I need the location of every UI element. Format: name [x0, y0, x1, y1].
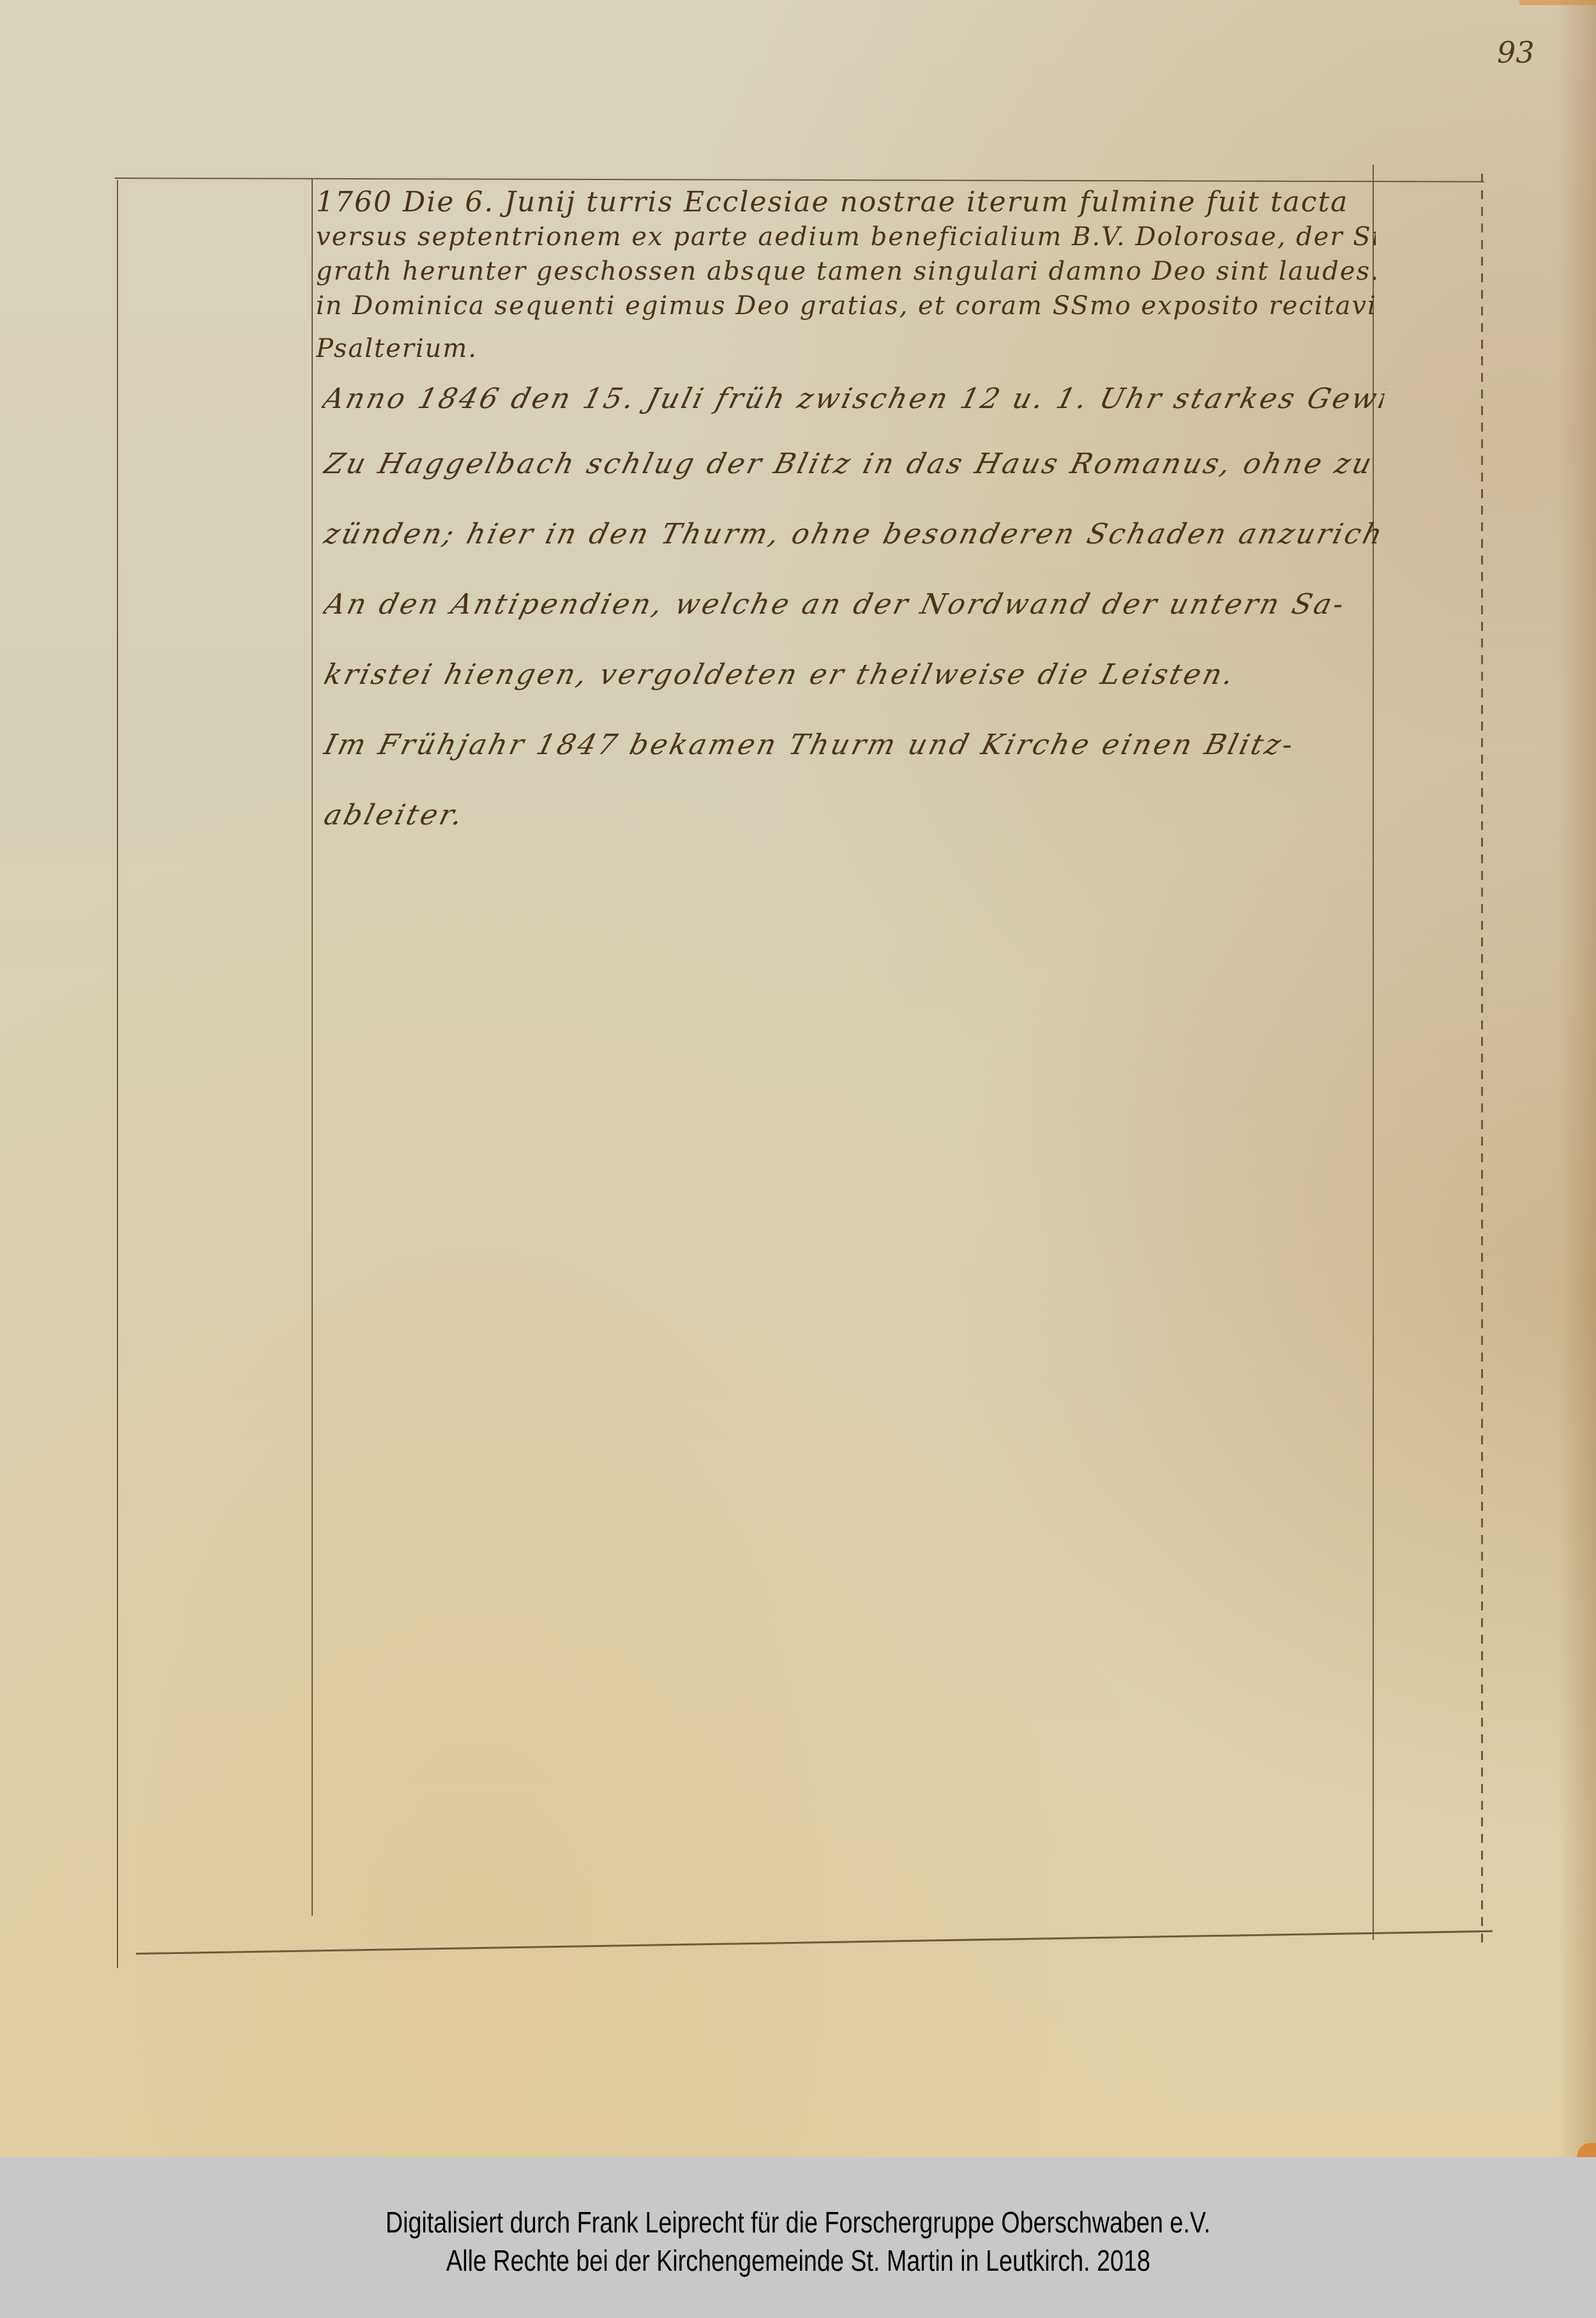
entry-1846: Anno 1846 den 15. Juli früh zwischen 12 … [316, 377, 1376, 710]
text-line: in Dominica sequenti egimus Deo gratias,… [316, 289, 1376, 323]
outer-right-dashed-rule [1481, 174, 1483, 1943]
text-line: ableiter. [316, 780, 1393, 851]
text-line: Zu Haggelbach schlug der Blitz in das Ha… [316, 429, 1393, 499]
caption-line-digitized-by: Digitalisiert durch Frank Leiprecht für … [386, 2203, 1210, 2241]
handwritten-text: 1760 Die 6. Junij turris Ecclesiae nostr… [316, 185, 1376, 851]
top-rule-line [115, 178, 1484, 183]
text-line: Psalterium. [316, 323, 1376, 368]
entry-1760: 1760 Die 6. Junij turris Ecclesiae nostr… [316, 185, 1376, 368]
text-line: Im Frühjahr 1847 bekamen Thurm und Kirch… [316, 710, 1393, 780]
bottom-rule-line [136, 1930, 1493, 1955]
text-line: An den Antipendien, welche an der Nordwa… [316, 570, 1393, 640]
inner-left-margin-line [312, 179, 313, 1916]
text-line: zünden; hier in den Thurm, ohne besonder… [316, 499, 1393, 570]
text-line: Anno 1846 den 15. Juli früh zwischen 12 … [316, 377, 1389, 429]
text-line: versus septentrionem ex parte aedium ben… [316, 220, 1376, 254]
page-edge-shading [1558, 0, 1596, 2157]
text-line: 1760 Die 6. Junij turris Ecclesiae nostr… [316, 185, 1376, 220]
folio-number: 93 [1497, 35, 1535, 70]
digitization-caption: Digitalisiert durch Frank Leiprecht für … [0, 2157, 1596, 2318]
text-line: kristei hiengen, vergoldeten er theilwei… [316, 640, 1393, 710]
page-corner-mark [1519, 0, 1596, 5]
entry-1847: Im Frühjahr 1847 bekamen Thurm und Kirch… [316, 710, 1376, 851]
manuscript-page: 93 1760 Die 6. Junij turris Ecclesiae no… [0, 0, 1596, 2157]
outer-left-rule-line [117, 180, 118, 1968]
caption-line-rights: Alle Rechte bei der Kirchengemeinde St. … [446, 2241, 1150, 2280]
text-line: grath herunter geschossen absque tamen s… [316, 254, 1376, 289]
